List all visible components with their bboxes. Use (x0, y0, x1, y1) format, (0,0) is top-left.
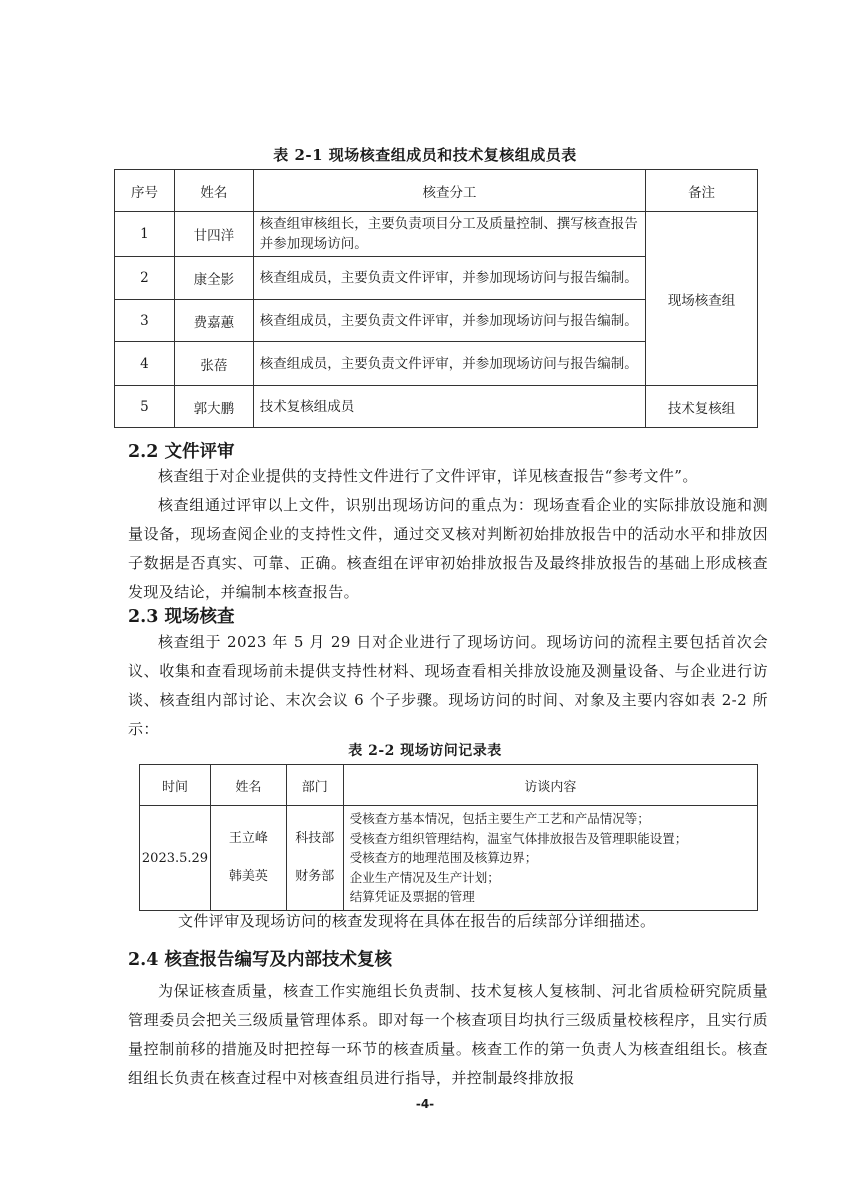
row-name: 康全影 (174, 257, 253, 300)
interview-content: 受核查方基本情况，包括主要生产工艺和产品情况等； 受核查方组织管理结构，温室气体… (343, 806, 757, 911)
row-duty: 核查组审核组长，主要负责项目分工及质量控制、撰写核查报告并参加现场访问。 (253, 212, 645, 257)
members-table: 序号 姓名 核查分工 备注 1 甘四洋 核查组审核组长，主要负责项目分工及质量控… (114, 169, 758, 428)
interviewee-depts: 科技部 财务部 (286, 806, 343, 911)
table1-caption: 表 2-1 现场核查组成员和技术复核组成员表 (0, 144, 850, 165)
header-content: 访谈内容 (343, 765, 757, 806)
row-duty: 技术复核组成员 (253, 386, 645, 428)
section-2-2-para-1: 核查组于对企业提供的支持性文件进行了文件评审，详见核查报告“参考文件”。 (128, 462, 768, 491)
row-no: 4 (115, 342, 175, 386)
header-name: 姓名 (174, 170, 253, 212)
row-no: 2 (115, 257, 175, 300)
row-duty: 核查组成员，主要负责文件评审，并参加现场访问与报告编制。 (253, 342, 645, 386)
row-no: 1 (115, 212, 175, 257)
header-name: 姓名 (210, 765, 286, 806)
interviewee-names: 王立峰 韩美英 (210, 806, 286, 911)
header-dept: 部门 (286, 765, 343, 806)
section-2-3-title: 2.3 现场核查 (128, 603, 235, 628)
content-item: 结算凭证及票据的管理 (350, 887, 751, 907)
table-row: 2023.5.29 王立峰 韩美英 科技部 财务部 受核查方基本情况，包括主要生… (140, 806, 758, 911)
header-duty: 核查分工 (253, 170, 645, 212)
table-header-row: 序号 姓名 核查分工 备注 (115, 170, 758, 212)
visit-record-table: 时间 姓名 部门 访谈内容 2023.5.29 王立峰 韩美英 科技部 财务部 … (139, 764, 758, 911)
page-number: -4- (0, 1097, 850, 1111)
row-name: 甘四洋 (174, 212, 253, 257)
section-2-4-para-1: 为保证核查质量，核查工作实施组长负责制、技术复核人复核制、河北省质检研究院质量管… (128, 977, 768, 1093)
section-2-3-after-table: 文件评审及现场访问的核查发现将在具体在报告的后续部分详细描述。 (148, 907, 768, 936)
table-row: 1 甘四洋 核查组审核组长，主要负责项目分工及质量控制、撰写核查报告并参加现场访… (115, 212, 758, 257)
interviewee-name: 韩美英 (211, 867, 286, 887)
visit-date: 2023.5.29 (140, 806, 211, 911)
header-time: 时间 (140, 765, 211, 806)
section-2-2-para-2: 核查组通过评审以上文件，识别出现场访问的重点为：现场查看企业的实际排放设施和测量… (128, 491, 768, 607)
content-item: 受核查方组织管理结构，温室气体排放报告及管理职能设置； (350, 829, 751, 849)
interviewee-dept: 财务部 (287, 867, 343, 887)
interviewee-dept: 科技部 (287, 829, 343, 849)
header-remark: 备注 (646, 170, 758, 212)
row-name: 费嘉蕙 (174, 300, 253, 342)
table-row: 5 郭大鹏 技术复核组成员 技术复核组 (115, 386, 758, 428)
table-header-row: 时间 姓名 部门 访谈内容 (140, 765, 758, 806)
table2-caption: 表 2-2 现场访问记录表 (0, 740, 850, 760)
content-item: 受核查方的地理范围及核算边界； (350, 848, 751, 868)
content-item: 企业生产情况及生产计划； (350, 868, 751, 888)
remark-review-group: 技术复核组 (646, 386, 758, 428)
row-no: 5 (115, 386, 175, 428)
remark-onsite-group: 现场核查组 (646, 212, 758, 386)
header-no: 序号 (115, 170, 175, 212)
row-duty: 核查组成员，主要负责文件评审，并参加现场访问与报告编制。 (253, 300, 645, 342)
row-no: 3 (115, 300, 175, 342)
section-2-2-title: 2.2 文件评审 (128, 438, 235, 463)
interviewee-name: 王立峰 (211, 829, 286, 849)
row-duty: 核查组成员，主要负责文件评审，并参加现场访问与报告编制。 (253, 257, 645, 300)
section-2-4-title: 2.4 核查报告编写及内部技术复核 (128, 946, 392, 971)
section-2-3-para-1: 核查组于 2023 年 5 月 29 日对企业进行了现场访问。现场访问的流程主要… (128, 628, 768, 744)
row-name: 郭大鹏 (174, 386, 253, 428)
content-item: 受核查方基本情况，包括主要生产工艺和产品情况等； (350, 809, 751, 829)
row-name: 张蓓 (174, 342, 253, 386)
